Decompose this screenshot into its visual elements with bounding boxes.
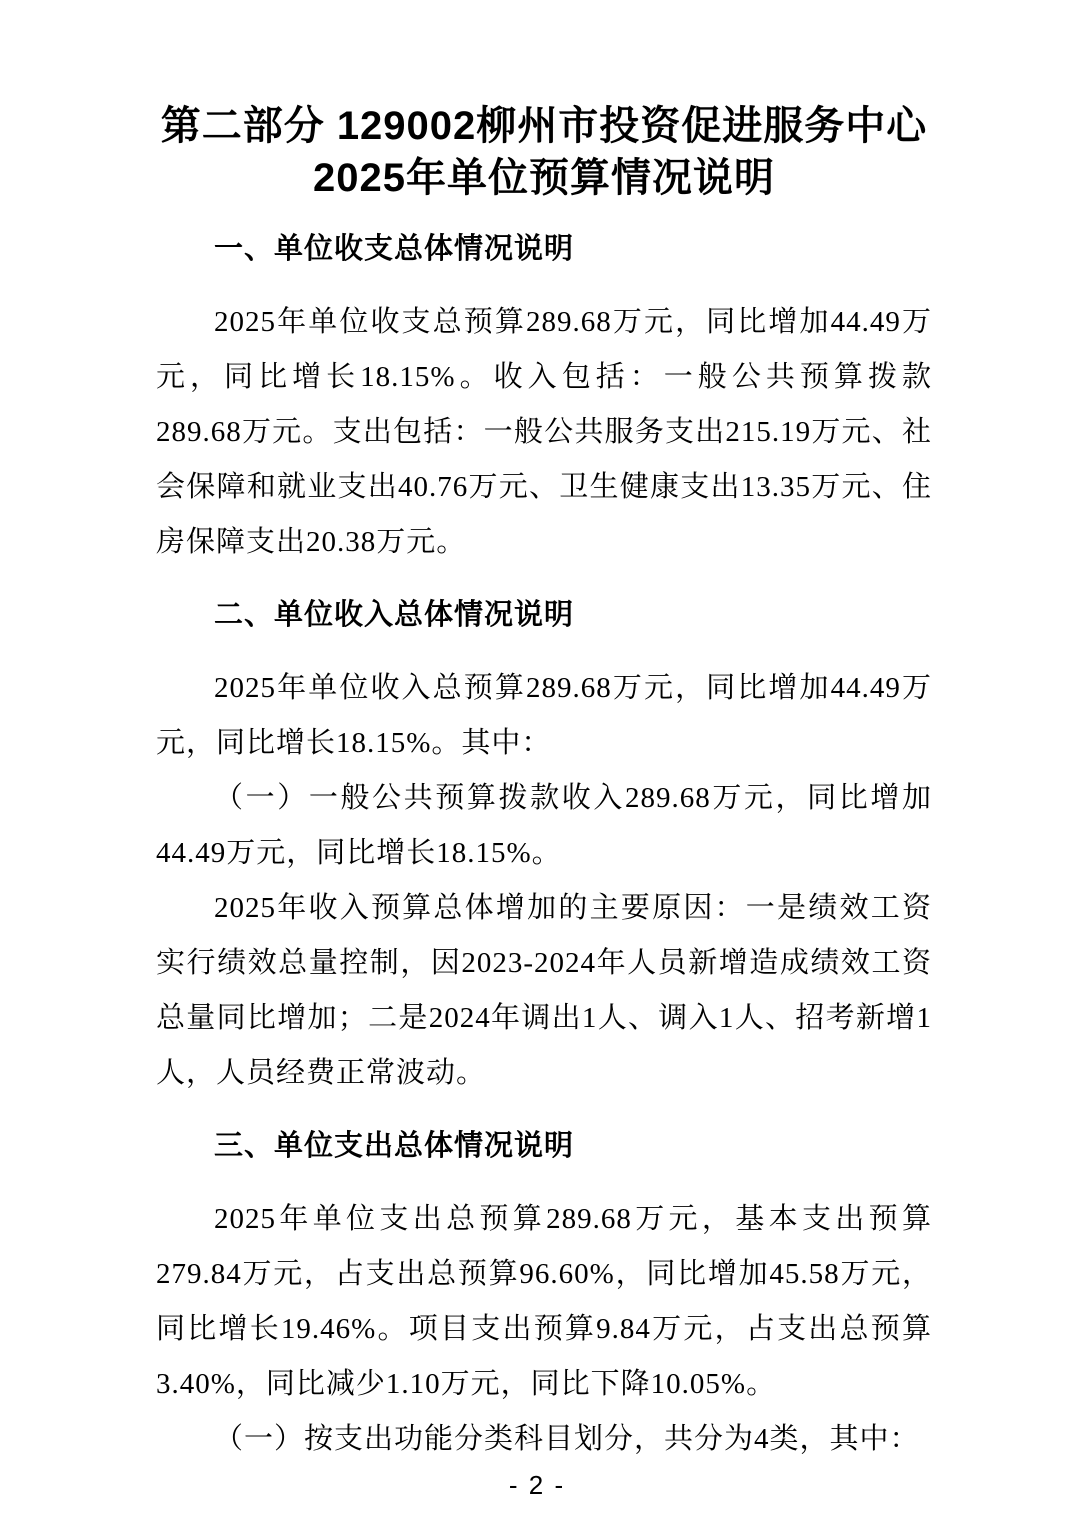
document-page: 第二部分 129002柳州市投资促进服务中心 2025年单位预算情况说明 一、单… bbox=[0, 0, 1074, 1520]
paragraph-income-public-budget: （一）一般公共预算拨款收入289.68万元，同比增加44.49万元，同比增长18… bbox=[156, 771, 932, 881]
page-number: - 2 - bbox=[0, 1472, 1074, 1498]
document-title-line-1: 第二部分 129002柳州市投资促进服务中心 bbox=[156, 100, 932, 152]
document-title-line-2: 2025年单位预算情况说明 bbox=[156, 152, 932, 204]
paragraph-expense-total: 2025年单位支出总预算289.68万元，基本支出预算279.84万元，占支出总… bbox=[156, 1192, 932, 1412]
document-title: 第二部分 129002柳州市投资促进服务中心 2025年单位预算情况说明 bbox=[156, 100, 932, 204]
paragraph-income-expense-overview: 2025年单位收支总预算289.68万元，同比增加44.49万元，同比增长18.… bbox=[156, 295, 932, 570]
paragraph-income-increase-reason: 2025年收入预算总体增加的主要原因：一是绩效工资实行绩效总量控制，因2023-… bbox=[156, 881, 932, 1101]
paragraph-expense-function-classification: （一）按支出功能分类科目划分，共分为4类，其中： bbox=[156, 1412, 932, 1467]
section-heading-expense-overview: 三、单位支出总体情况说明 bbox=[156, 1119, 932, 1174]
paragraph-income-total: 2025年单位收入总预算289.68万元，同比增加44.49万元，同比增长18.… bbox=[156, 661, 932, 771]
section-heading-income-expense-overview: 一、单位收支总体情况说明 bbox=[156, 222, 932, 277]
section-heading-income-overview: 二、单位收入总体情况说明 bbox=[156, 588, 932, 643]
